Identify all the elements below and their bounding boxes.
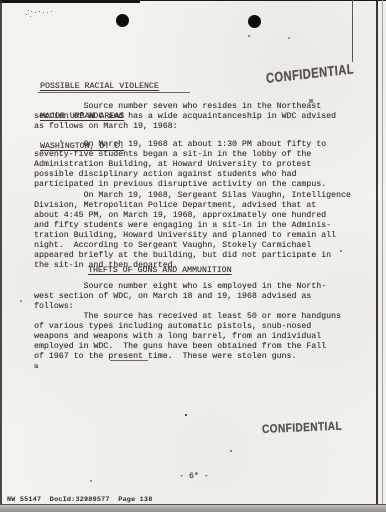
scan-line-top-right [352, 0, 353, 62]
page-number: - 6* - [179, 472, 209, 482]
body-paragraph-sit-in: On March 19, 1968 at about 1:30 PM about… [34, 140, 326, 190]
underline-mark-extended [38, 92, 190, 93]
body-paragraph-source-seven: Source number seven who resides in the N… [34, 102, 336, 132]
scan-edge-right-line [376, 0, 378, 512]
body-paragraph-vaughn: On March 19, 1968, Sergeant Silas Vaughn… [34, 191, 351, 271]
confidential-stamp-top: CONFIDENTIAL [265, 60, 354, 86]
hole-punch-right [248, 15, 261, 28]
subject-line-violence: POSSIBLE RACIAL VIOLENCE [40, 82, 159, 92]
scan-noise-specks [185, 414, 187, 416]
underline-mark-present [110, 360, 148, 361]
body-paragraph-handguns: The source has received at least 50 or m… [34, 312, 341, 362]
archive-footer: NW 55147 DocId:32989577 Page 138 [7, 495, 152, 505]
section-heading-thefts: THEFTS OF GUNS AND AMMUNITION [88, 266, 232, 276]
scan-edge-left [0, 0, 2, 512]
hole-punch-left [116, 14, 129, 27]
pencil-scribble [28, 10, 29, 11]
scan-edge-bottom-band [0, 505, 386, 512]
scanned-document-page: POSSIBLE RACIAL VIOLENCE MAJOR URBAN ARE… [0, 0, 386, 512]
scan-edge-top-dark-segment [0, 0, 140, 3]
scan-paper-edge-right [382, 0, 383, 512]
body-paragraph-source-eight: Source number eight who is employed in t… [34, 282, 326, 312]
confidential-stamp-bottom: CONFIDENTIAL [262, 419, 342, 436]
